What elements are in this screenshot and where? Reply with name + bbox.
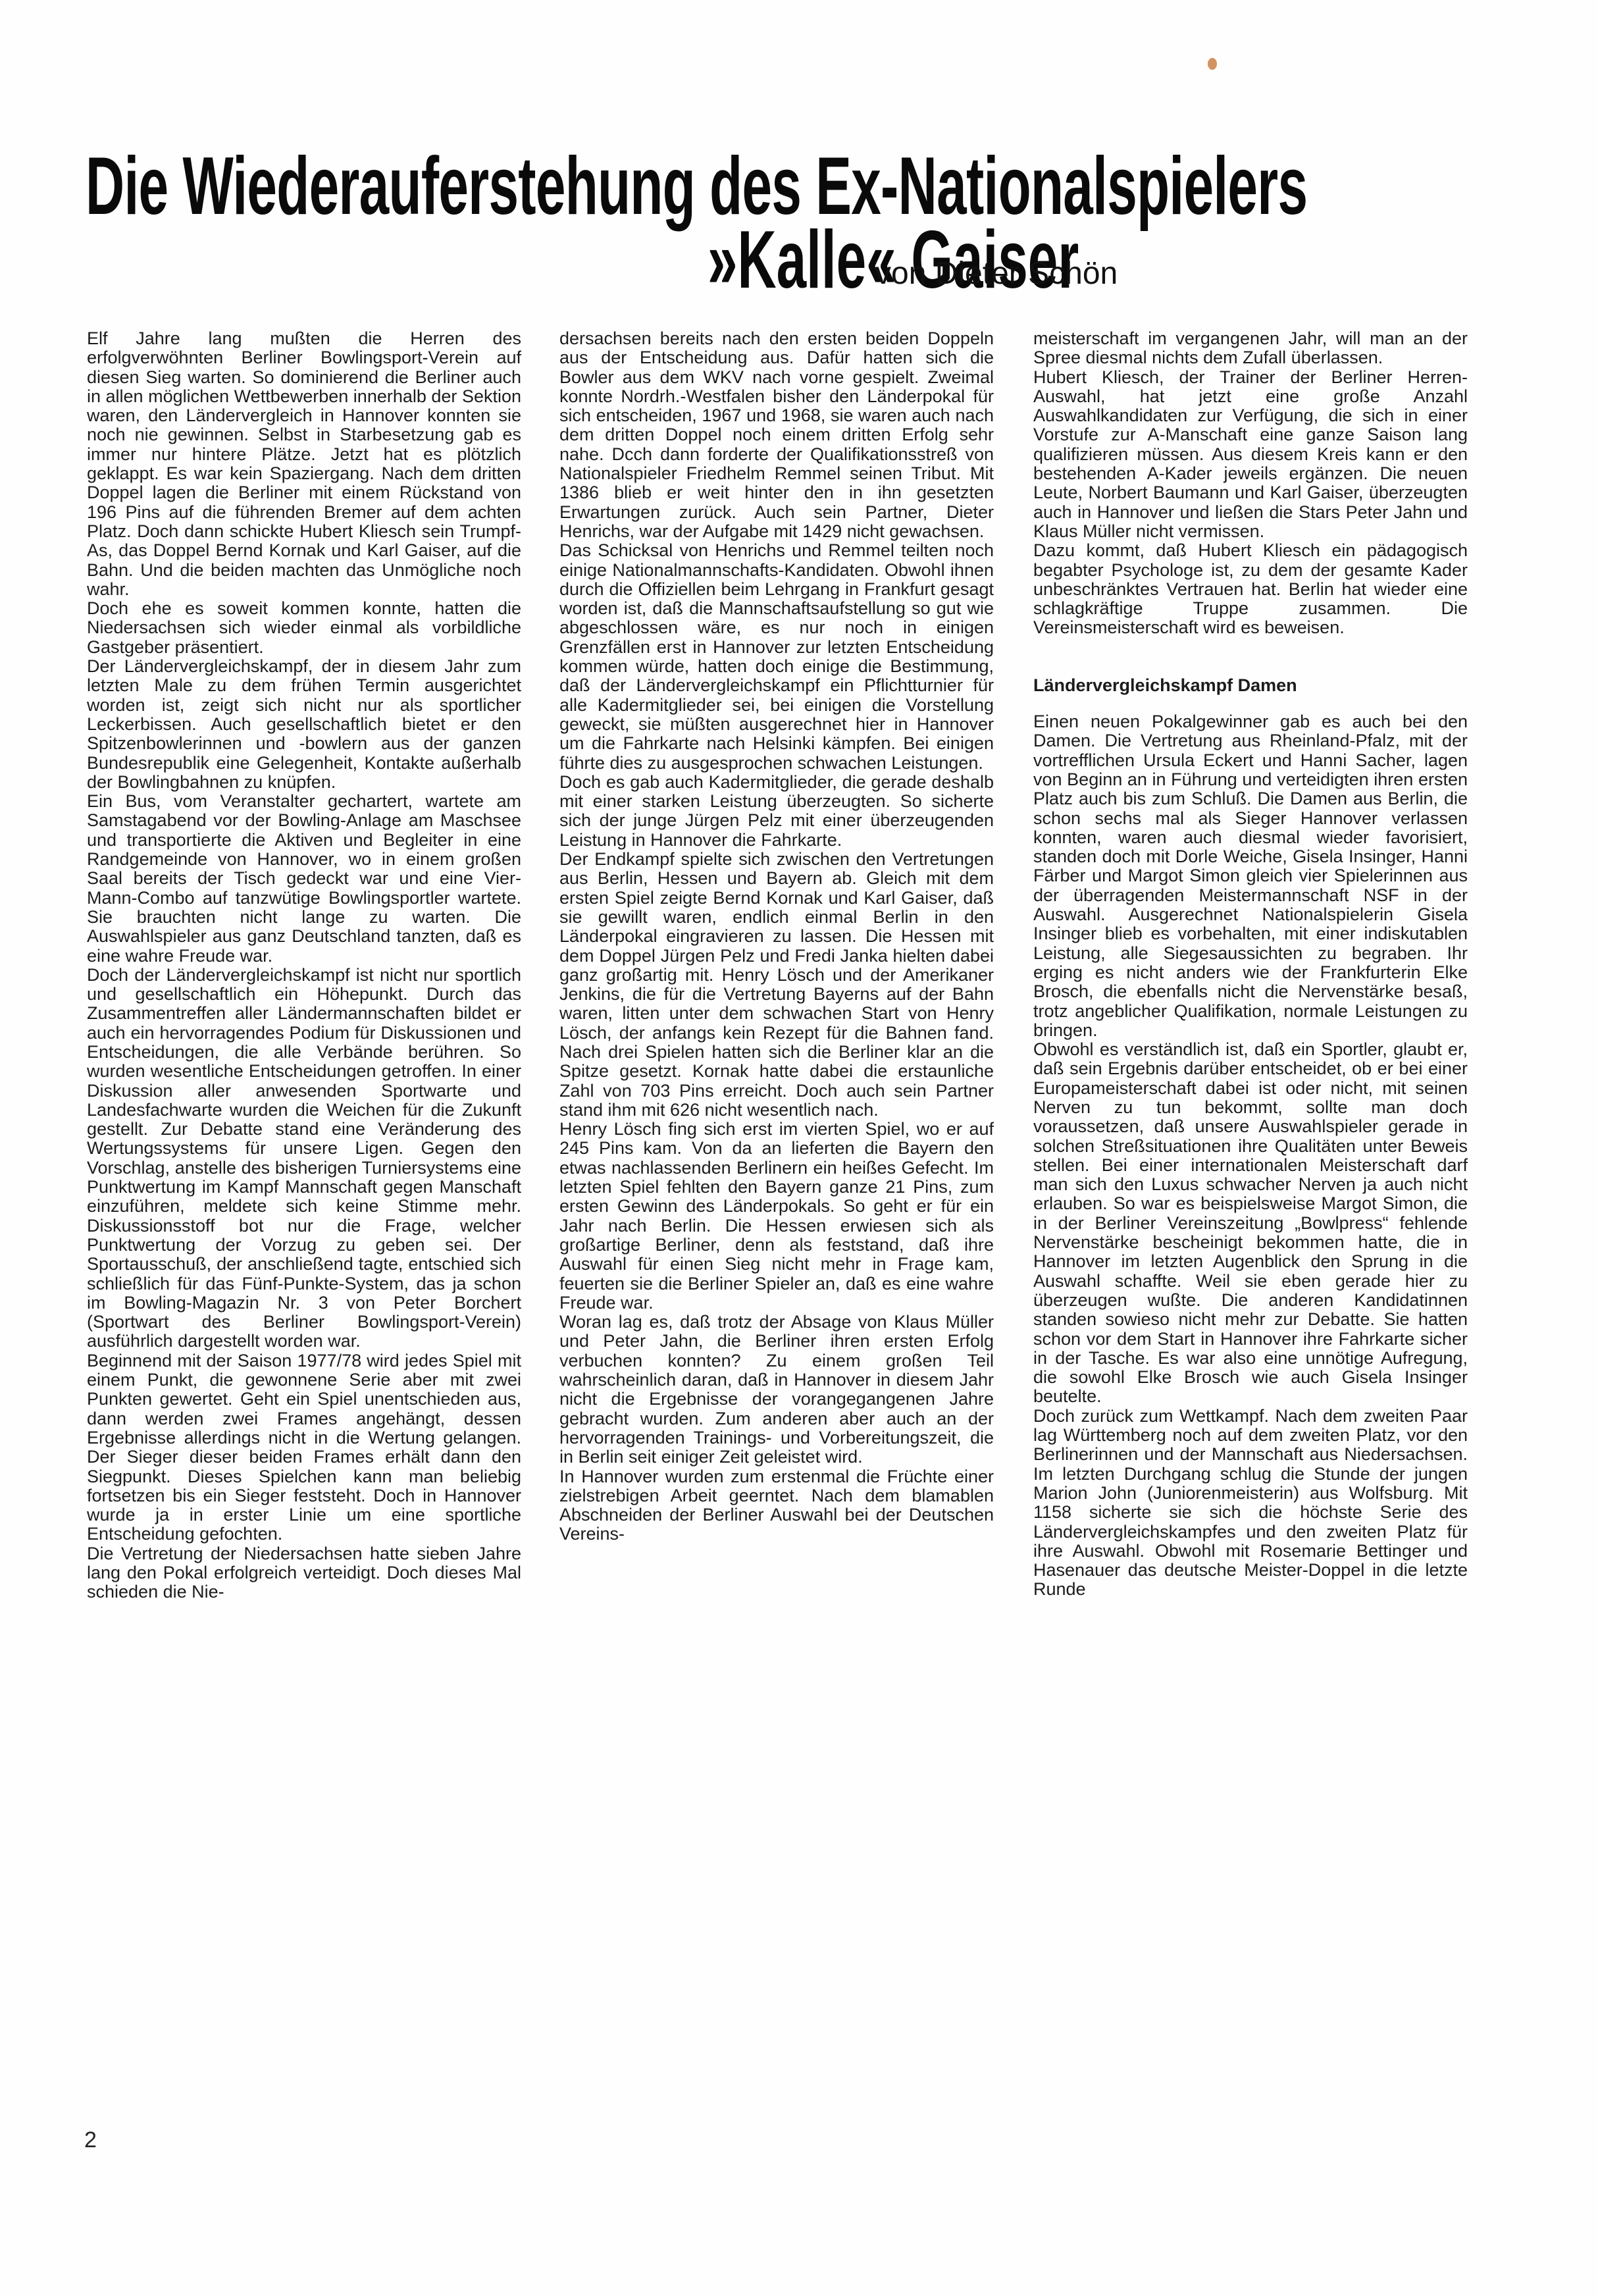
paragraph: Beginnend mit der Saison 1977/78 wird je… (87, 1351, 521, 1544)
article-column-2: dersachsen bereits nach den ersten beide… (559, 329, 994, 1544)
paragraph: Das Schicksal von Henrichs und Remmel te… (559, 541, 994, 773)
paragraph: dersachsen bereits nach den ersten beide… (559, 329, 994, 541)
article-column-1: Elf Jahre lang mußten die Herren des erf… (87, 329, 521, 1602)
paragraph: In Hannover wurden zum erstenmal die Frü… (559, 1467, 994, 1544)
magazine-page: Die Wiederauferstehung des Ex-Nationalsp… (0, 0, 1598, 2296)
paragraph: Elf Jahre lang mußten die Herren des erf… (87, 329, 521, 599)
paragraph: Dazu kommt, daß Hubert Kliesch ein pädag… (1033, 541, 1468, 637)
paragraph: Doch es gab auch Kadermitglieder, die ge… (559, 773, 994, 850)
paragraph: Hubert Kliesch, der Trainer der Berliner… (1033, 368, 1468, 542)
paragraph: Woran lag es, daß trotz der Absage von K… (559, 1313, 994, 1467)
article-column-3: meisterschaft im vergangenen Jahr, will … (1033, 329, 1468, 1600)
paragraph: Ein Bus, vom Veranstalter gechartert, wa… (87, 792, 521, 966)
paragraph: Die Vertretung der Niedersachsen hatte s… (87, 1544, 521, 1602)
paragraph: Doch der Ländervergleichskampf ist nicht… (87, 966, 521, 1351)
section-subheading: Ländervergleichskampf Damen (1033, 676, 1468, 695)
paragraph: Der Ländervergleichskampf, der in diesem… (87, 657, 521, 792)
ink-speck (1208, 58, 1217, 70)
paragraph: Einen neuen Pokalgewinner gab es auch be… (1033, 712, 1468, 1040)
paragraph: Obwohl es verständlich ist, daß ein Spor… (1033, 1040, 1468, 1407)
paragraph: meisterschaft im vergangenen Jahr, will … (1033, 329, 1468, 368)
page-number: 2 (84, 2127, 97, 2153)
paragraph: Henry Lösch fing sich erst im vierten Sp… (559, 1120, 994, 1313)
byline: von Dieter Schön (875, 255, 1118, 292)
paragraph: Der Endkampf spielte sich zwischen den V… (559, 850, 994, 1120)
paragraph: Doch zurück zum Wettkampf. Nach dem zwei… (1033, 1407, 1468, 1600)
paragraph: Doch ehe es soweit kommen konnte, hatten… (87, 599, 521, 657)
